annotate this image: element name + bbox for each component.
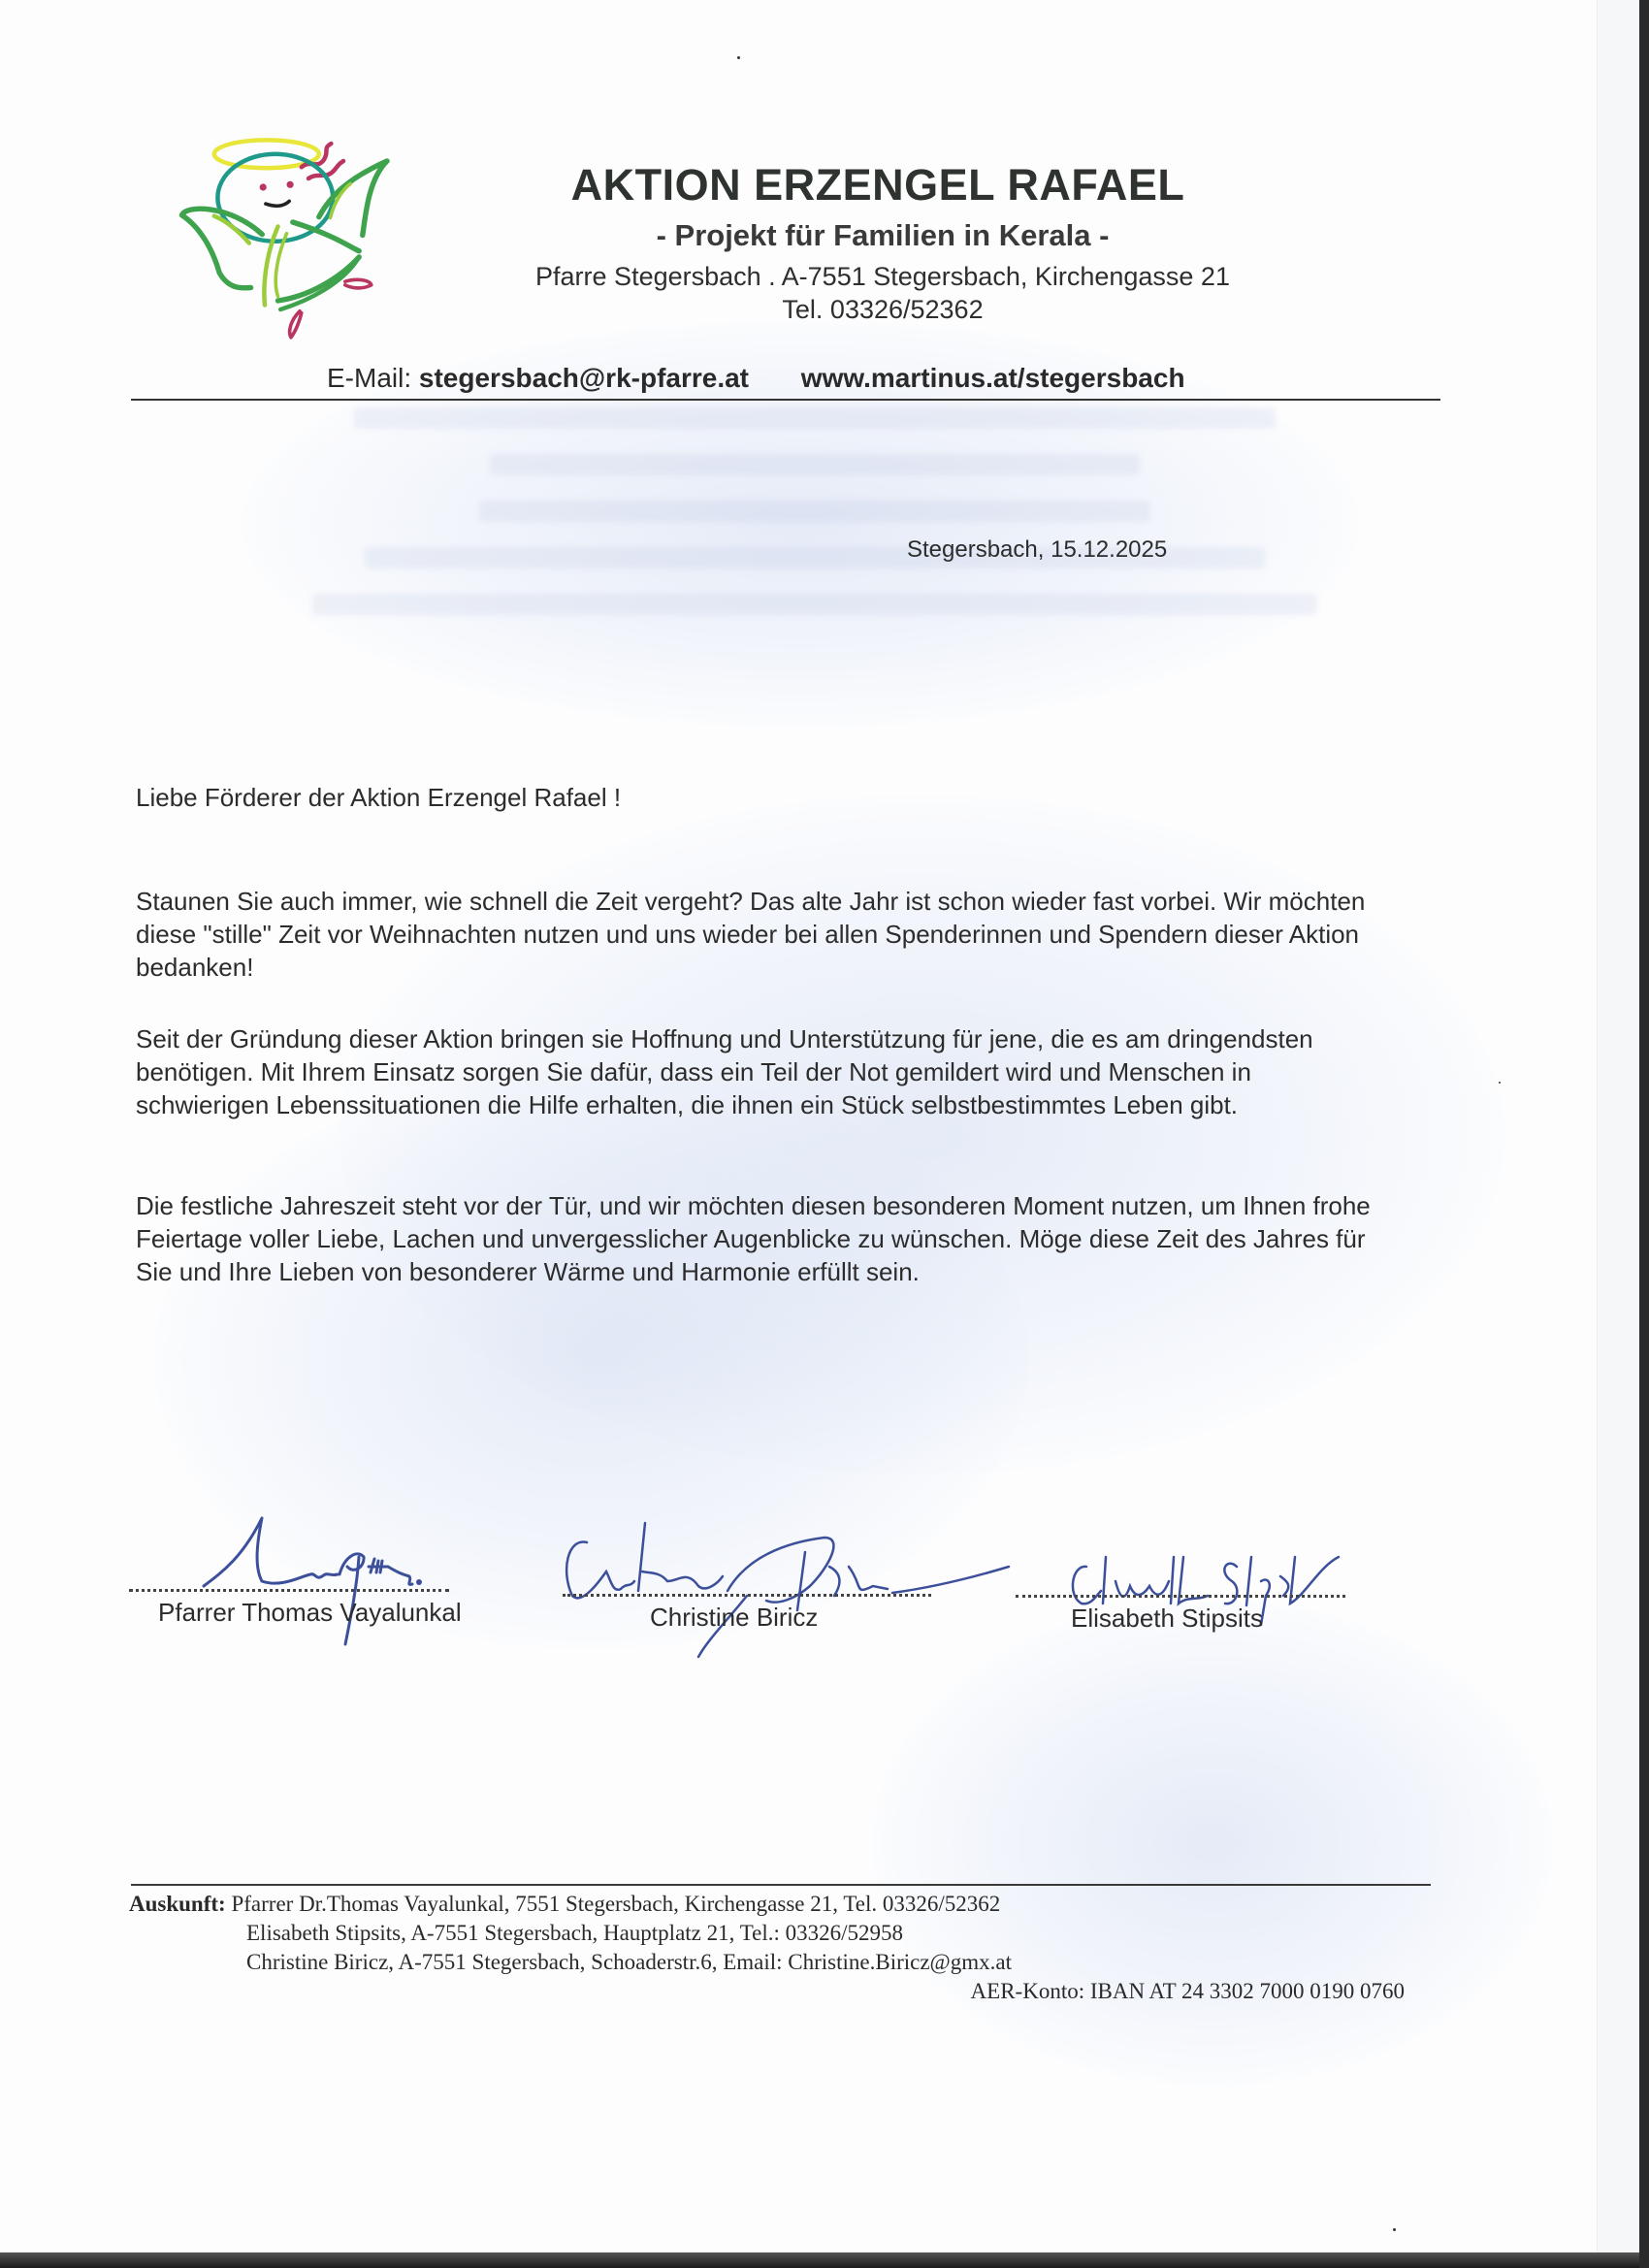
paragraph: Die festliche Jahreszeit steht vor der T… — [136, 1189, 1387, 1288]
footer-divider — [131, 1884, 1431, 1886]
scan-speck — [1393, 2228, 1396, 2231]
scan-bottom-edge — [0, 2252, 1639, 2268]
angel-logo-icon — [160, 114, 422, 347]
footer-row: Auskunft: Pfarrer Dr.Thomas Vayalunkal, … — [129, 1890, 1439, 1919]
organization-address: Pfarre Stegersbach . A-7551 Stegersbach,… — [446, 262, 1319, 292]
email-link[interactable]: stegersbach@rk-pfarre.at — [419, 363, 749, 393]
signatory-name: Elisabeth Stipsits — [1071, 1604, 1345, 1634]
signature-line — [563, 1594, 931, 1597]
footer-line: Elisabeth Stipsits, A-7551 Stegersbach, … — [129, 1919, 1439, 1948]
footer-line: Christine Biricz, A-7551 Stegersbach, Sc… — [129, 1948, 1439, 1977]
signatory-name: Pfarrer Thomas Vayalunkal — [158, 1598, 449, 1628]
signature-line — [1016, 1595, 1345, 1598]
organization-phone: Tel. 03326/52362 — [446, 295, 1319, 325]
scan-speck — [1499, 1082, 1501, 1084]
signature-block: Pfarrer Thomas Vayalunkal — [129, 1589, 449, 1628]
letter-date: Stegersbach, 15.12.2025 — [907, 536, 1167, 564]
bank-account: AER-Konto: IBAN AT 24 3302 7000 0190 076… — [129, 1977, 1439, 2006]
email-label: E-Mail: — [327, 363, 411, 393]
organization-title: AKTION ERZENGEL RAFAEL — [320, 160, 1436, 211]
signature-christine-biricz — [553, 1513, 1018, 1659]
contact-line: E-Mail: stegersbach@rk-pfarre.at www.mar… — [327, 363, 1185, 394]
bleed-through-wash — [155, 1067, 1028, 1649]
header-divider — [131, 399, 1440, 401]
greeting: Liebe Förderer der Aktion Erzengel Rafae… — [136, 781, 1387, 814]
scan-edge — [1597, 0, 1639, 2255]
signature-line — [129, 1589, 449, 1592]
bleed-through-text — [291, 407, 1339, 650]
website-link[interactable]: www.martinus.at/stegersbach — [801, 363, 1185, 393]
signature-block: Christine Biricz — [563, 1594, 931, 1633]
paragraph: Seit der Gründung dieser Aktion bringen … — [136, 1022, 1387, 1121]
signature-thomas-vayalunkal — [194, 1479, 436, 1654]
paragraph: Staunen Sie auch immer, wie schnell die … — [136, 885, 1387, 984]
scan-speck — [737, 56, 740, 59]
signature-block: Elisabeth Stipsits — [1016, 1595, 1345, 1634]
footer-contact-info: Auskunft: Pfarrer Dr.Thomas Vayalunkal, … — [129, 1890, 1439, 2006]
scanned-letter-page: AKTION ERZENGEL RAFAEL - Projekt für Fam… — [0, 0, 1639, 2255]
footer-label: Auskunft: — [129, 1892, 226, 1916]
signatory-name: Christine Biricz — [650, 1603, 931, 1633]
footer-line: Pfarrer Dr.Thomas Vayalunkal, 7551 Stege… — [231, 1892, 1000, 1916]
bleed-through-wash — [873, 1601, 1552, 2086]
organization-subtitle: - Projekt für Familien in Kerala - — [446, 218, 1319, 253]
